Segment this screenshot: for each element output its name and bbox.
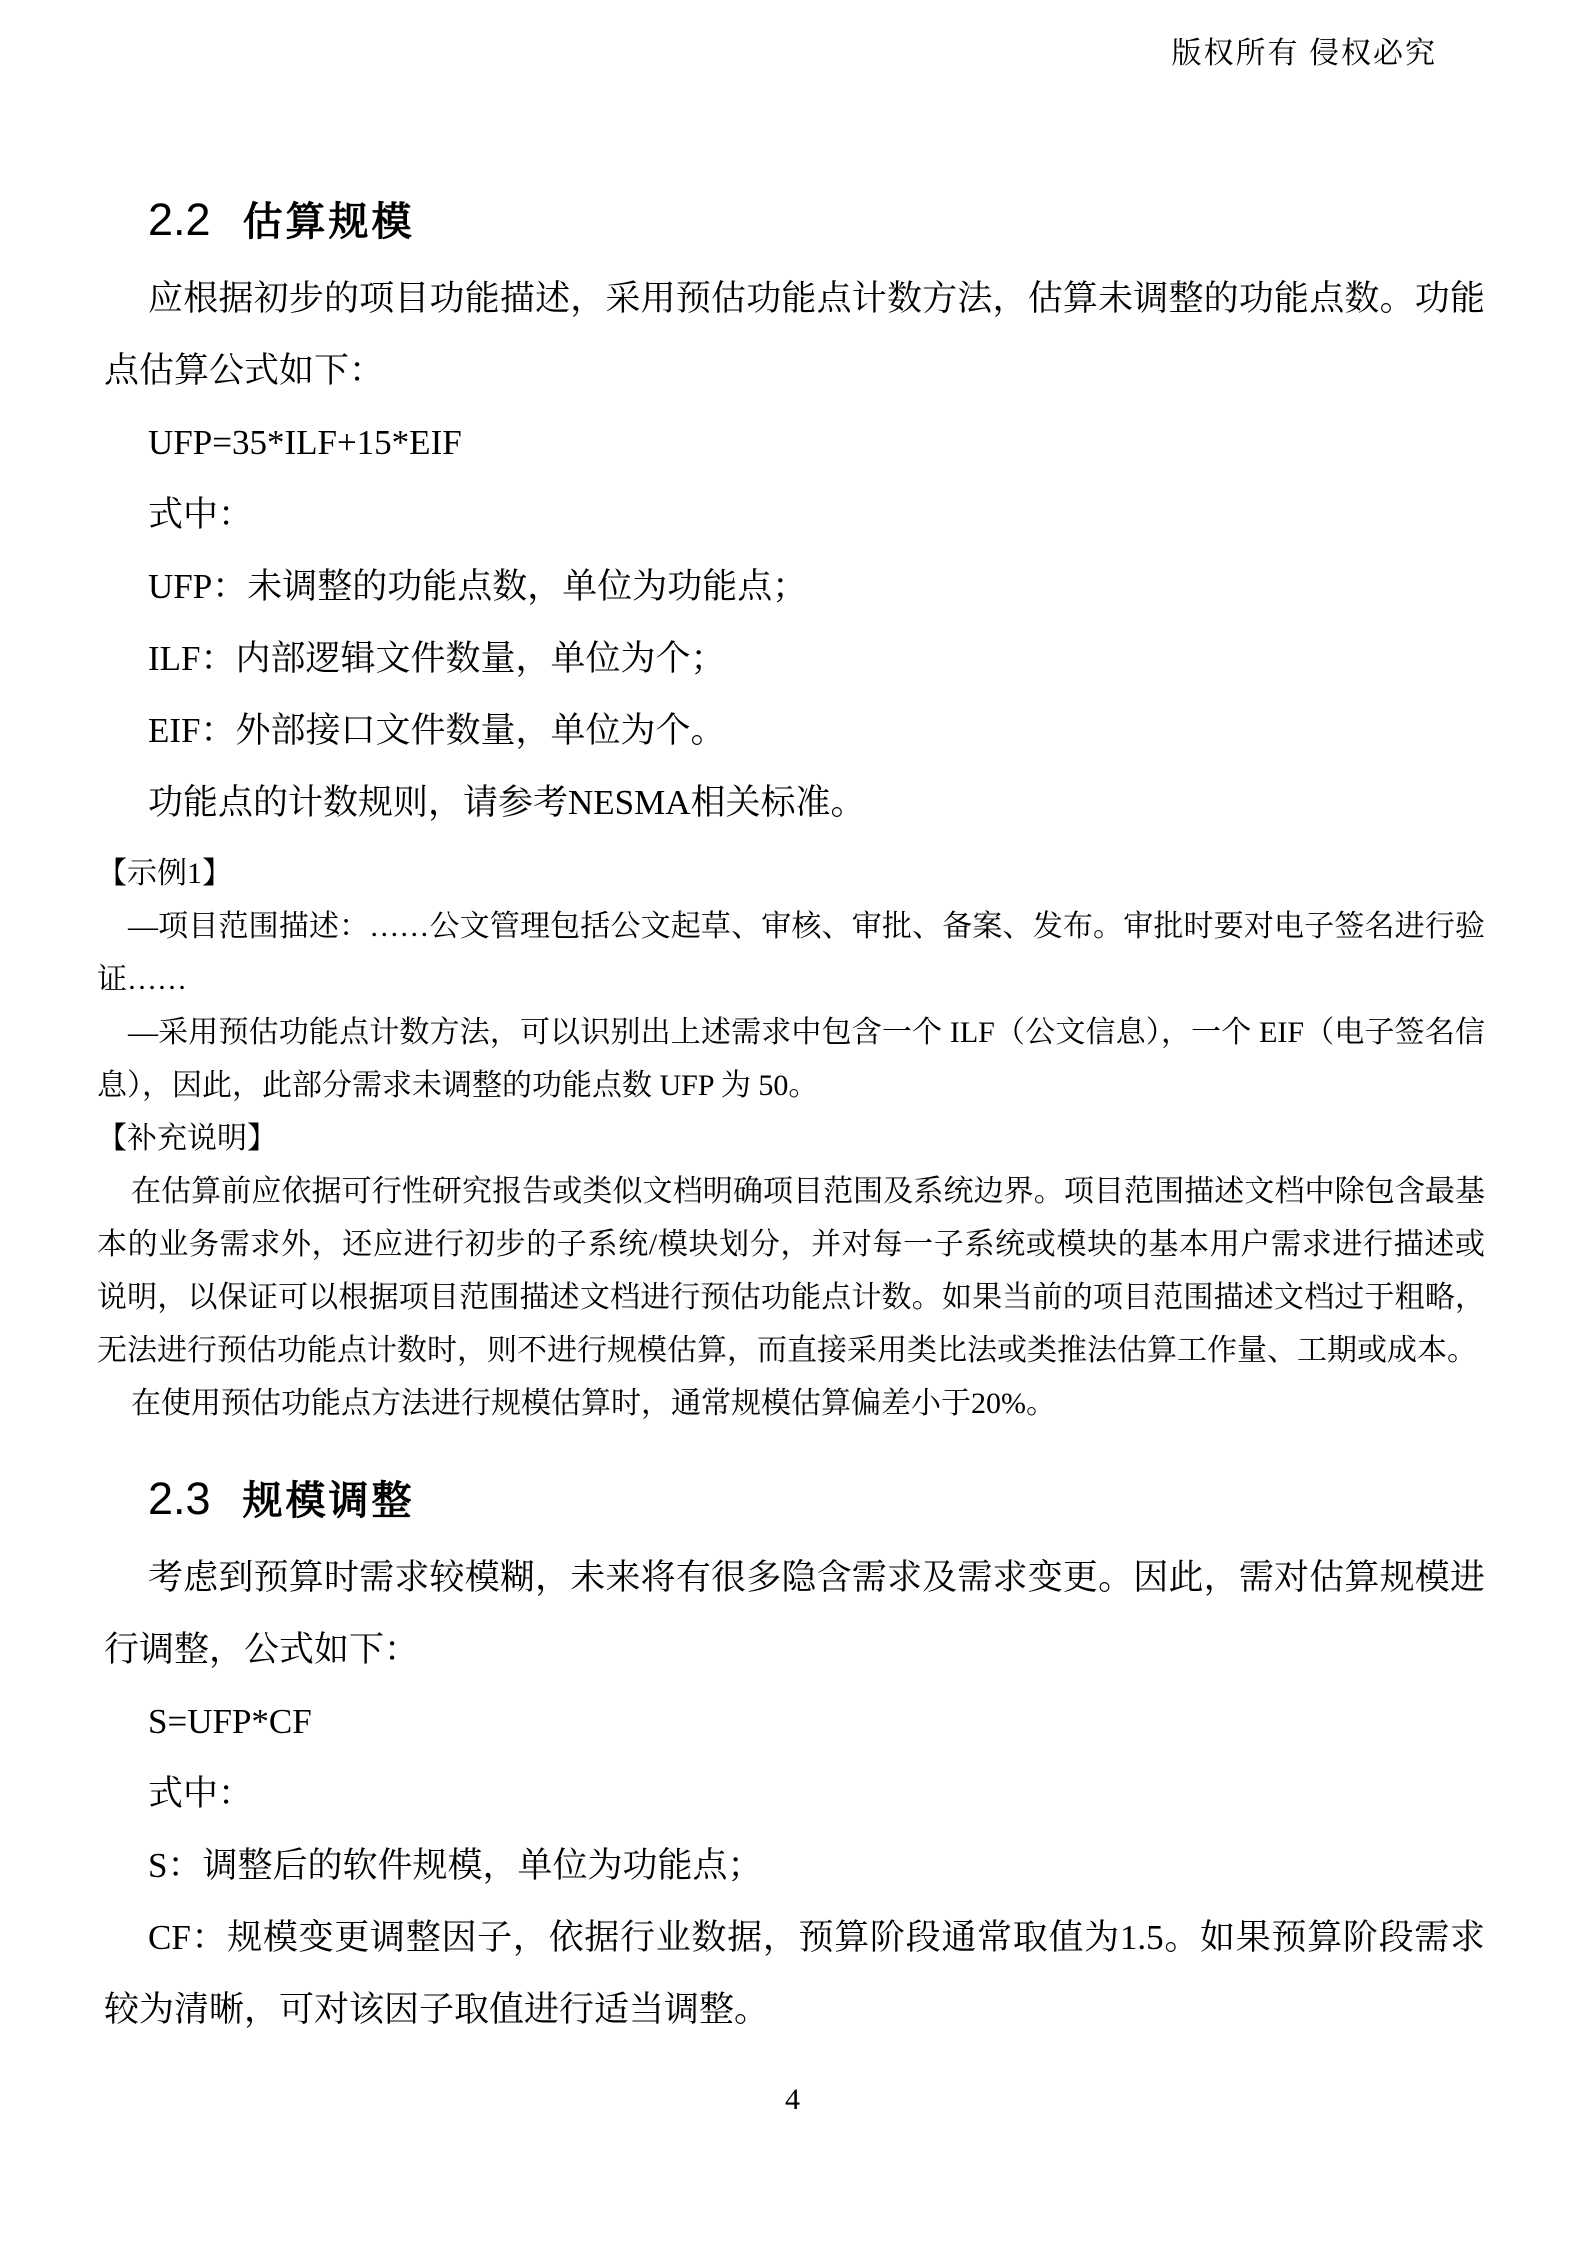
example-label: 【示例1】 (97, 847, 1485, 900)
formula: UFP=35*ILF+15*EIF (104, 407, 1485, 479)
section-title: 估算规模 (243, 198, 415, 246)
section-number: 2.3 (148, 1472, 211, 1526)
example-item: —采用预估功能点计数方法，可以识别出上述需求中包含一个 ILF（公文信息），一个… (97, 1006, 1485, 1112)
paragraph: 功能点的计数规则，请参考NESMA相关标准。 (104, 767, 1485, 839)
section-2-2-body: 应根据初步的项目功能描述，采用预估功能点计数方法，估算未调整的功能点数。功能点估… (104, 263, 1485, 839)
example-and-notes-block: 【示例1】 —项目范围描述：……公文管理包括公文起草、审核、审批、备案、发布。审… (97, 847, 1485, 1430)
supplement-paragraph: 在估算前应依据可行性研究报告或类似文档明确项目范围及系统边界。项目范围描述文档中… (97, 1165, 1485, 1377)
paragraph: 应根据初步的项目功能描述，采用预估功能点计数方法，估算未调整的功能点数。功能点估… (104, 263, 1485, 407)
supplement-paragraph: 在使用预估功能点方法进行规模估算时，通常规模估算偏差小于20%。 (97, 1377, 1485, 1430)
definition-line: S：调整后的软件规模，单位为功能点； (104, 1830, 1485, 1902)
formula-label: 式中： (104, 479, 1485, 551)
section-heading-2-2: 2.2 估算规模 (104, 193, 1485, 247)
section-number: 2.2 (148, 193, 211, 247)
supplement-label: 【补充说明】 (97, 1112, 1485, 1165)
paragraph: 考虑到预算时需求较模糊，未来将有很多隐含需求及需求变更。因此，需对估算规模进行调… (104, 1542, 1485, 1686)
section-title: 规模调整 (243, 1477, 415, 1525)
definition-line: CF：规模变更调整因子，依据行业数据，预算阶段通常取值为1.5。如果预算阶段需求… (104, 1902, 1485, 2046)
example-item: —项目范围描述：……公文管理包括公文起草、审核、审批、备案、发布。审批时要对电子… (97, 900, 1485, 1006)
formula-label: 式中： (104, 1758, 1485, 1830)
definition-line: ILF：内部逻辑文件数量，单位为个； (104, 623, 1485, 695)
definition-line: UFP：未调整的功能点数，单位为功能点； (104, 551, 1485, 623)
definition-line: EIF：外部接口文件数量，单位为个。 (104, 695, 1485, 767)
page-content: 2.2 估算规模 应根据初步的项目功能描述，采用预估功能点计数方法，估算未调整的… (104, 0, 1485, 2046)
section-heading-2-3: 2.3 规模调整 (104, 1472, 1485, 1526)
section-2-3-body: 考虑到预算时需求较模糊，未来将有很多隐含需求及需求变更。因此，需对估算规模进行调… (104, 1542, 1485, 2046)
page-number: 4 (0, 2083, 1585, 2117)
formula: S=UFP*CF (104, 1686, 1485, 1758)
document-page: 版权所有 侵权必究 2.2 估算规模 应根据初步的项目功能描述，采用预估功能点计… (0, 0, 1585, 2244)
